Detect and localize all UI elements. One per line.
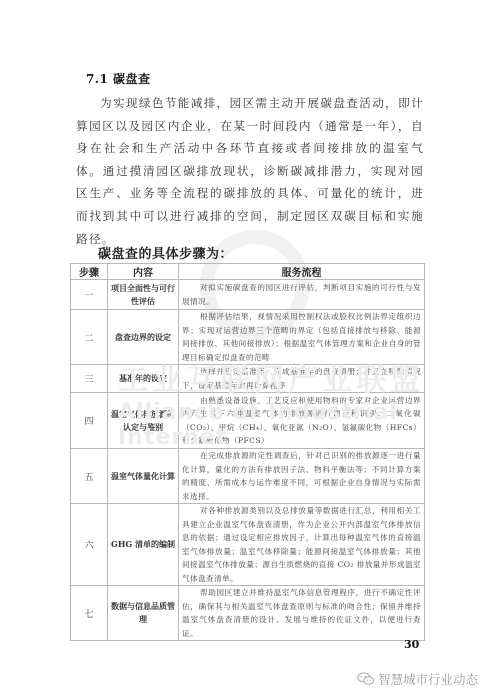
step-flow: 对各种排放源类别以及总排放量等数据进行汇总，利用相关工具建立企业温室气体盘查清册… (179, 504, 425, 586)
table-row: 七 数据与信息品质管理 帮助园区建立并维持温室气体信息管理程序，进行不确定性评估… (71, 586, 425, 641)
step-content: 项目全面性与可行性评估 (108, 280, 179, 310)
carbon-inventory-steps-table: 步骤 内容 服务流程 一 项目全面性与可行性评估 对拟实施碳盘查的园区进行评估，… (70, 263, 425, 641)
step-flow: 帮助园区建立并维持温室气体信息管理程序，进行不确定性评估，确保其与相关温室气体盘… (179, 586, 425, 641)
step-content: 温室气体量化计算 (108, 449, 179, 504)
header-flow: 服务流程 (179, 264, 425, 280)
step-number: 六 (71, 504, 108, 586)
step-content: 盘查边界的设定 (108, 310, 179, 365)
step-content: GHG 清单的编制 (108, 504, 179, 586)
step-number: 七 (71, 586, 108, 641)
wechat-icon (357, 672, 375, 686)
step-number: 四 (71, 393, 108, 449)
document-page: 7.1 碳盘查 为实现绿色节能减排，园区需主动开展碳盘查活动，即计算园区以及园区… (0, 0, 495, 700)
step-content: 温室气体排放源的认定与鉴别 (108, 393, 179, 449)
table-row: 五 温室气体量化计算 在完成排放源的定性调查后，针对已识别的排放源逐一进行量化计… (71, 449, 425, 504)
table-header-row: 步骤 内容 服务流程 (71, 264, 425, 280)
step-number: 五 (71, 449, 108, 504)
steps-heading: 碳盘查的具体步骤为： (98, 243, 233, 262)
table-row: 六 GHG 清单的编制 对各种排放源类别以及总排放量等数据进行汇总，利用相关工具… (71, 504, 425, 586)
step-number: 二 (71, 310, 108, 365)
step-number: 三 (71, 365, 108, 393)
intro-paragraph: 为实现绿色节能减排，园区需主动开展碳盘查活动，即计算园区以及园区内企业，在某一时… (76, 92, 424, 250)
page-number: 30 (404, 638, 419, 651)
wechat-account-name: 智慧城市行业动态 (378, 670, 478, 688)
step-flow: 由熟悉设备设施、工艺反应和使用物料的专家对企业运营边界内产生以下六种温室气体的排… (179, 393, 425, 449)
header-content: 内容 (108, 264, 179, 280)
wechat-account-footer: 智慧城市行业动态 (357, 670, 478, 688)
header-step: 步骤 (71, 264, 108, 280)
table-row: 四 温室气体排放源的认定与鉴别 由熟悉设备设施、工艺反应和使用物料的专家对企业运… (71, 393, 425, 449)
step-number: 一 (71, 280, 108, 310)
step-flow: 选择并设定基准年，完成基准年的盘查清册；并且在特殊情况下，设定基准年的再计算程序 (179, 365, 425, 393)
step-flow: 对拟实施碳盘查的园区进行评估，判断项目实施的可行性与发展情况。 (179, 280, 425, 310)
table-row: 三 基准年的设定 选择并设定基准年，完成基准年的盘查清册；并且在特殊情况下，设定… (71, 365, 425, 393)
table-row: 二 盘查边界的设定 根据评估结果，视情况采用控制权法或股权比例法界定组织边界；实… (71, 310, 425, 365)
step-flow: 在完成排放源的定性调查后，针对已识别的排放源逐一进行量化计算，量化的方法有排放因… (179, 449, 425, 504)
table-row: 一 项目全面性与可行性评估 对拟实施碳盘查的园区进行评估，判断项目实施的可行性与… (71, 280, 425, 310)
step-content: 数据与信息品质管理 (108, 586, 179, 641)
section-title: 7.1 碳盘查 (86, 70, 151, 87)
step-content: 基准年的设定 (108, 365, 179, 393)
step-flow: 根据评估结果，视情况采用控制权法或股权比例法界定组织边界；实现对运营边界三个范畴… (179, 310, 425, 365)
